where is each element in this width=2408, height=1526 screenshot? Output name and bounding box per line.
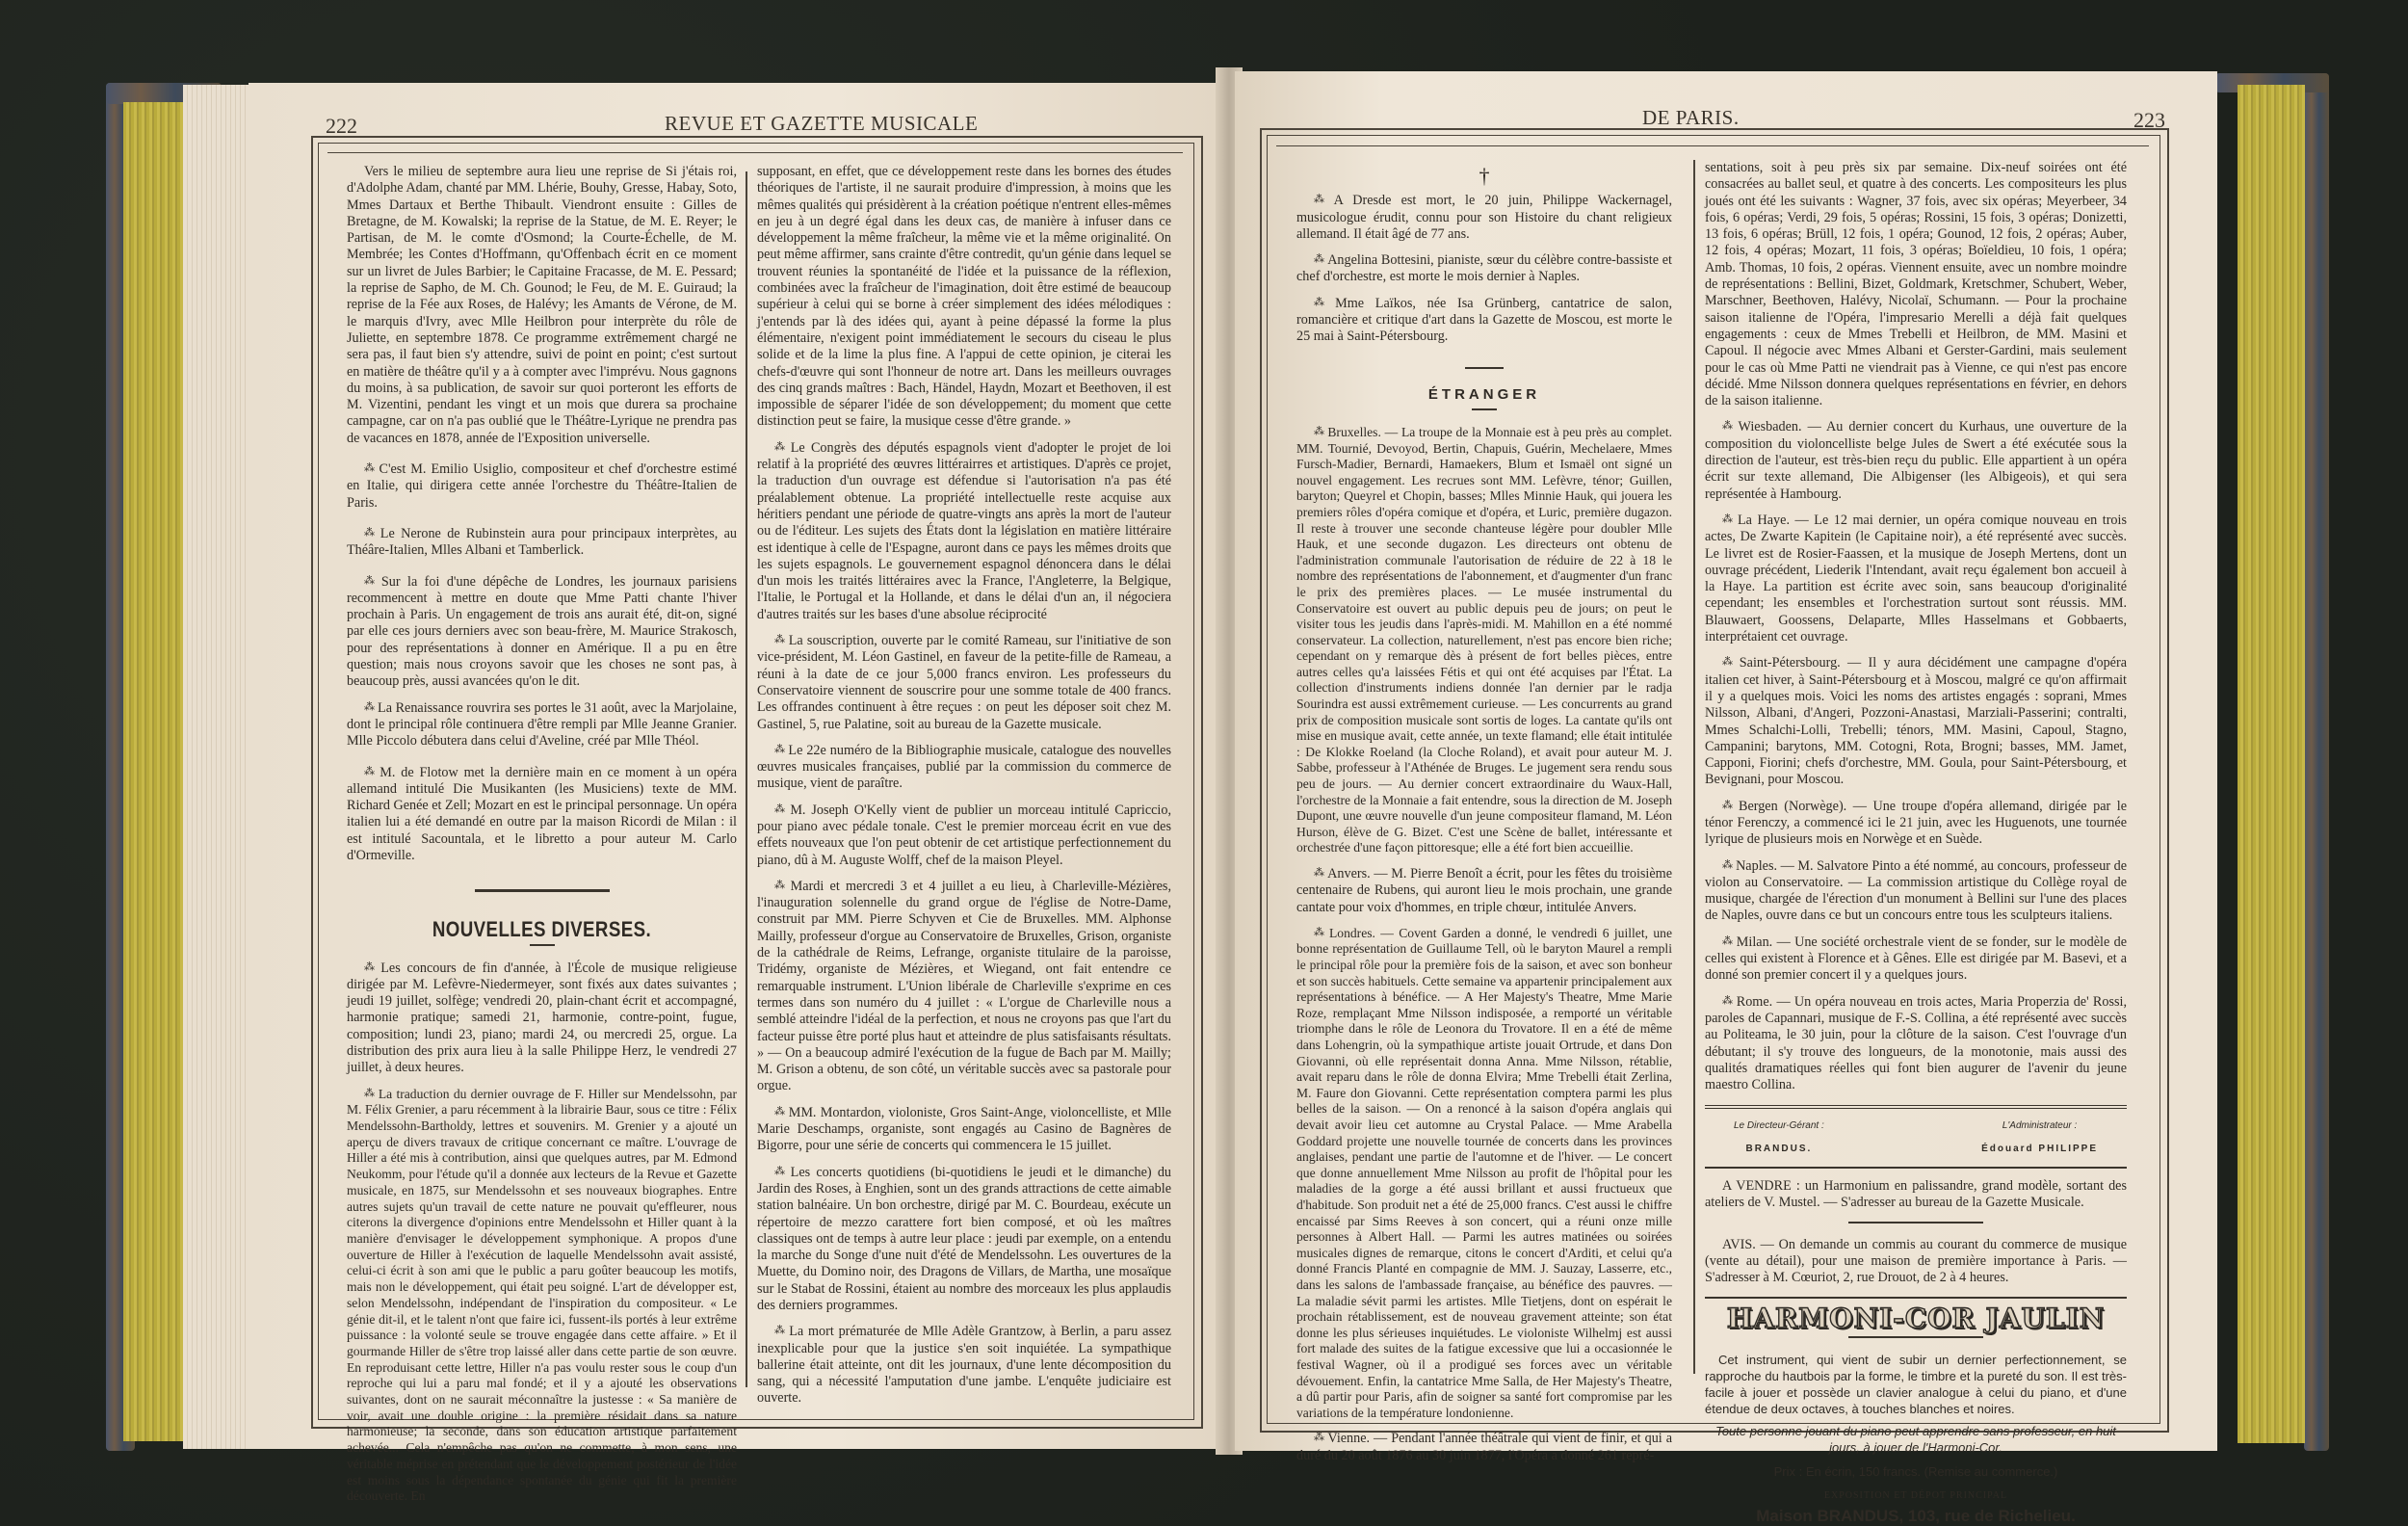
asterism-icon: ⁂ — [774, 634, 786, 645]
gilt-page-edge-right — [2238, 85, 2305, 1443]
asterism-icon: ⁂ — [364, 766, 377, 777]
director-signature: Le Directeur-Gérant : BRANDUS. — [1734, 1118, 1824, 1157]
asterism-icon: ⁂ — [1314, 927, 1326, 938]
asterism-icon: ⁂ — [1314, 1432, 1324, 1443]
news-item: ⁂Naples. — M. Salvatore Pinto a été nomm… — [1705, 857, 2127, 925]
short-rule — [1848, 1222, 1983, 1223]
asterism-icon: ⁂ — [774, 1106, 786, 1118]
advert-avis: AVIS. — On demande un commis au courant … — [1705, 1237, 2127, 1287]
double-rule — [1705, 1105, 2127, 1106]
dagger-icon: † — [1296, 168, 1672, 184]
advert-a-vendre: A VENDRE : un Harmonium en palissandre, … — [1705, 1178, 2127, 1212]
article-paragraph: Vers le milieu de septembre aura lieu un… — [347, 164, 737, 447]
asterism-icon: ⁂ — [1722, 656, 1737, 668]
news-item: ⁂A Dresde est mort, le 20 juin, Philippe… — [1296, 192, 1672, 243]
news-item: ⁂Les concerts quotidiens (bi-quotidiens … — [757, 1164, 1171, 1315]
heading-dash — [530, 944, 555, 946]
asterism-icon: ⁂ — [1314, 867, 1324, 879]
news-item: ⁂M. Joseph O'Kelly vient de publier un m… — [757, 802, 1171, 869]
asterism-icon: ⁂ — [1722, 935, 1734, 947]
news-item: ⁂La Renaissance rouvrira ses portes le 3… — [347, 699, 737, 750]
news-item: ⁂La Haye. — Le 12 mai dernier, un opéra … — [1705, 512, 2127, 645]
section-ornament — [475, 889, 610, 892]
news-item: ⁂Angelina Bottesini, pianiste, sœur du c… — [1296, 251, 1672, 286]
news-item: ⁂Anvers. — M. Pierre Benoît a écrit, pou… — [1296, 865, 1672, 916]
asterism-icon: ⁂ — [364, 575, 379, 587]
news-item: ⁂La traduction du dernier ouvrage de F. … — [347, 1086, 737, 1505]
section-heading-etranger: ÉTRANGER — [1296, 386, 1672, 403]
asterism-icon: ⁂ — [1722, 800, 1736, 811]
section-rule — [1465, 367, 1504, 369]
harmoni-cor-title: HARMONI-COR JAULIN — [1705, 1310, 2127, 1327]
news-item: ⁂MM. Montardon, violoniste, Gros Saint-A… — [757, 1104, 1171, 1155]
administrator-signature: L'Administrateur : Édouard PHILIPPE — [1981, 1118, 2098, 1157]
news-item: ⁂C'est M. Emilio Usiglio, compositeur et… — [347, 460, 737, 512]
news-item: ⁂Sur la foi d'une dépêche de Londres, le… — [347, 573, 737, 691]
page-stack-left — [183, 85, 250, 1449]
harmoni-cor-tagline: Toute personne jouant du piano peut appr… — [1705, 1423, 2127, 1456]
news-item: ⁂Mardi et mercredi 3 et 4 juillet a eu l… — [757, 878, 1171, 1095]
book-cover-right — [2304, 73, 2329, 1451]
asterism-icon: ⁂ — [1314, 297, 1332, 308]
asterism-icon: ⁂ — [1722, 859, 1733, 871]
news-item: ⁂M. de Flotow met la dernière main en ce… — [347, 764, 737, 865]
asterism-icon: ⁂ — [774, 803, 787, 815]
asterism-icon: ⁂ — [364, 701, 375, 713]
signatures: Le Directeur-Gérant : BRANDUS. L'Adminis… — [1705, 1118, 2127, 1157]
asterism-icon: ⁂ — [774, 441, 788, 453]
rule — [1705, 1167, 2127, 1169]
asterism-icon: ⁂ — [1314, 426, 1324, 437]
right-running-head: DE PARIS. — [1642, 106, 1740, 130]
right-column-1: † ⁂A Dresde est mort, le 20 juin, Philip… — [1296, 166, 1672, 1473]
news-item: ⁂Londres. — Covent Garden a donné, le ve… — [1296, 925, 1672, 1421]
asterism-icon: ⁂ — [774, 1166, 788, 1177]
news-item: ⁂Le 22e numéro de la Bibliographie music… — [757, 742, 1171, 793]
asterism-icon: ⁂ — [774, 1325, 786, 1336]
asterism-icon: ⁂ — [364, 462, 376, 474]
news-item: ⁂La mort prématurée de Mlle Adèle Grantz… — [757, 1323, 1171, 1407]
news-item: ⁂Bergen (Norwège). — Une troupe d'opéra … — [1705, 798, 2127, 849]
rule — [1705, 1297, 2127, 1299]
asterism-icon: ⁂ — [1722, 513, 1735, 525]
news-item: ⁂Mme Laïkos, née Isa Grünberg, cantatric… — [1296, 295, 1672, 346]
news-item: ⁂Le Nerone de Rubinstein aura pour princ… — [347, 525, 737, 560]
left-column-2: supposant, en effet, que ce développemen… — [757, 164, 1171, 1416]
news-item: ⁂La souscription, ouverte par le comité … — [757, 632, 1171, 733]
right-column-2: sentations, soit à peu près six par sema… — [1705, 160, 2127, 1524]
harmoni-cor-address: Maison BRANDUS, 103, rue de Richelieu. — [1705, 1508, 2127, 1524]
gilt-page-edge-left — [123, 102, 183, 1441]
harmoni-cor-description: Cet instrument, qui vient de subir un de… — [1705, 1352, 2127, 1417]
news-item: ⁂Le Congrès des députés espagnols vient … — [757, 439, 1171, 623]
left-column-1: Vers le milieu de septembre aura lieu un… — [347, 164, 737, 1513]
news-item: ⁂Milan. — Une société orchestrale vient … — [1705, 934, 2127, 985]
column-divider — [1693, 160, 1695, 1374]
asterism-icon: ⁂ — [774, 744, 785, 755]
asterism-icon: ⁂ — [364, 527, 378, 539]
heading-dash — [1472, 408, 1497, 410]
short-rule — [1848, 1336, 1983, 1338]
article-paragraph: supposant, en effet, que ce développemen… — [757, 164, 1171, 431]
harmoni-cor-exposition: EXPOSITION ET DÉPOT PRINCIPAL — [1705, 1487, 2127, 1504]
asterism-icon: ⁂ — [1722, 995, 1734, 1007]
news-item: ⁂Saint-Pétersbourg. — Il y aura décidéme… — [1705, 654, 2127, 788]
asterism-icon: ⁂ — [1722, 420, 1736, 432]
news-item: ⁂Les concours de fin d'année, à l'École … — [347, 960, 737, 1077]
asterism-icon: ⁂ — [364, 961, 378, 973]
news-item: ⁂Rome. — Un opéra nouveau en trois actes… — [1705, 993, 2127, 1094]
column-divider — [746, 171, 747, 1387]
asterism-icon: ⁂ — [774, 880, 788, 891]
asterism-icon: ⁂ — [1314, 253, 1324, 265]
news-item: ⁂Vienne. — Pendant l'année théâtrale qui… — [1296, 1430, 1672, 1464]
asterism-icon: ⁂ — [1314, 194, 1331, 205]
harmoni-cor-price: Prix : En écrin, 150 francs. (Remise au … — [1705, 1463, 2127, 1480]
asterism-icon: ⁂ — [364, 1088, 376, 1099]
news-item: ⁂Wiesbaden. — Au dernier concert du Kurh… — [1705, 418, 2127, 502]
article-paragraph: sentations, soit à peu près six par sema… — [1705, 160, 2127, 409]
section-heading-nouvelles-diverses: NOUVELLES DIVERSES. — [376, 921, 707, 937]
news-item: ⁂Bruxelles. — La troupe de la Monnaie es… — [1296, 424, 1672, 856]
left-running-head: REVUE ET GAZETTE MUSICALE — [665, 112, 978, 136]
